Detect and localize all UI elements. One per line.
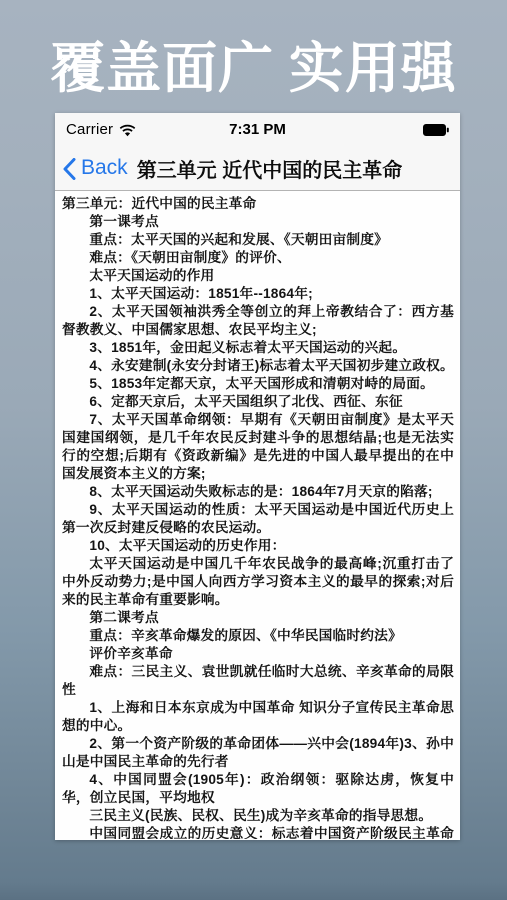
back-button[interactable]: Back (63, 156, 128, 180)
content-paragraph: 太平天国运动是中国几千年农民战争的最高峰;沉重打击了中外反动势力;是中国人向西方… (62, 555, 454, 609)
content-paragraph: 第三单元：近代中国的民主革命 (62, 195, 454, 213)
status-bar: Carrier 7:31 PM (55, 113, 460, 146)
content-paragraph: 8、太平天国运动失败标志的是：1864年7月天京的陷落; (62, 483, 454, 501)
content-paragraph: 5、1853年定都天京，太平天国形成和清朝对峙的局面。 (62, 375, 454, 393)
content-paragraph: 2、第一个资产阶级的革命团体——兴中会(1894年)3、孙中山是中国民主革命的先… (62, 735, 454, 771)
content-paragraph: 1、上海和日本东京成为中国革命 知识分子宣传民主革命思想的中心。 (62, 699, 454, 735)
content-paragraph: 2、太平天国领袖洪秀全等创立的拜上帝教结合了：西方基督教教义、中国儒家思想、农民… (62, 303, 454, 339)
content-paragraph: 10、太平天国运动的历史作用： (62, 537, 454, 555)
time-label: 7:31 PM (55, 121, 460, 138)
content-paragraph: 9、太平天国运动的性质：太平天国运动是中国近代历史上第一次反封建反侵略的农民运动… (62, 501, 454, 537)
banner-title: 覆盖面广 实用强 (0, 24, 507, 103)
content-paragraph: 中国同盟会成立的历史意义：标志着中国资产阶级民主革命进入了新阶段; (62, 825, 454, 839)
content-paragraph: 4、中国同盟会(1905年)：政治纲领：驱除达虏，恢复中华，创立民国，平均地权 (62, 771, 454, 807)
back-label: Back (81, 156, 128, 180)
content-paragraph: 4、永安建制(永安分封诸王)标志着太平天国初步建立政权。 (62, 357, 454, 375)
content-paragraph: 三民主义(民族、民权、民生)成为辛亥革命的指导思想。 (62, 807, 454, 825)
content-paragraph: 1、太平天国运动：1851年--1864年; (62, 285, 454, 303)
content-paragraph: 3、1851年，金田起义标志着太平天国运动的兴起。 (62, 339, 454, 357)
content-paragraph: 难点：《天朝田亩制度》的评价、 (62, 249, 454, 267)
content-paragraph: 难点：三民主义、袁世凯就任临时大总统、辛亥革命的局限性 (62, 663, 454, 699)
content-paragraph: 第二课考点 (62, 609, 454, 627)
nav-bar: Back 第三单元 近代中国的民主革命 (55, 146, 460, 191)
nav-title: 第三单元 近代中国的民主革命 (137, 154, 403, 183)
content-paragraph: 7、太平天国革命纲领：早期有《天朝田亩制度》是太平天国建国纲领，是几千年农民反封… (62, 411, 454, 483)
content-scroll[interactable]: 第三单元：近代中国的民主革命第一课考点重点：太平天国的兴起和发展、《天朝田亩制度… (55, 191, 460, 839)
content-paragraph: 重点：辛亥革命爆发的原因、《中华民国临时约法》 (62, 627, 454, 645)
content-paragraph: 6、定都天京后，太平天国组织了北伐、西征、东征 (62, 393, 454, 411)
back-chevron-icon (63, 158, 76, 180)
content-paragraph: 第一课考点 (62, 213, 454, 231)
content-paragraph: 太平天国运动的作用 (62, 267, 454, 285)
content-paragraph: 重点：太平天国的兴起和发展、《天朝田亩制度》 (62, 231, 454, 249)
phone-screen: Carrier 7:31 PM Back (55, 113, 460, 840)
content-paragraph: 评价辛亥革命 (62, 645, 454, 663)
content-paragraphs: 第三单元：近代中国的民主革命第一课考点重点：太平天国的兴起和发展、《天朝田亩制度… (62, 195, 454, 839)
